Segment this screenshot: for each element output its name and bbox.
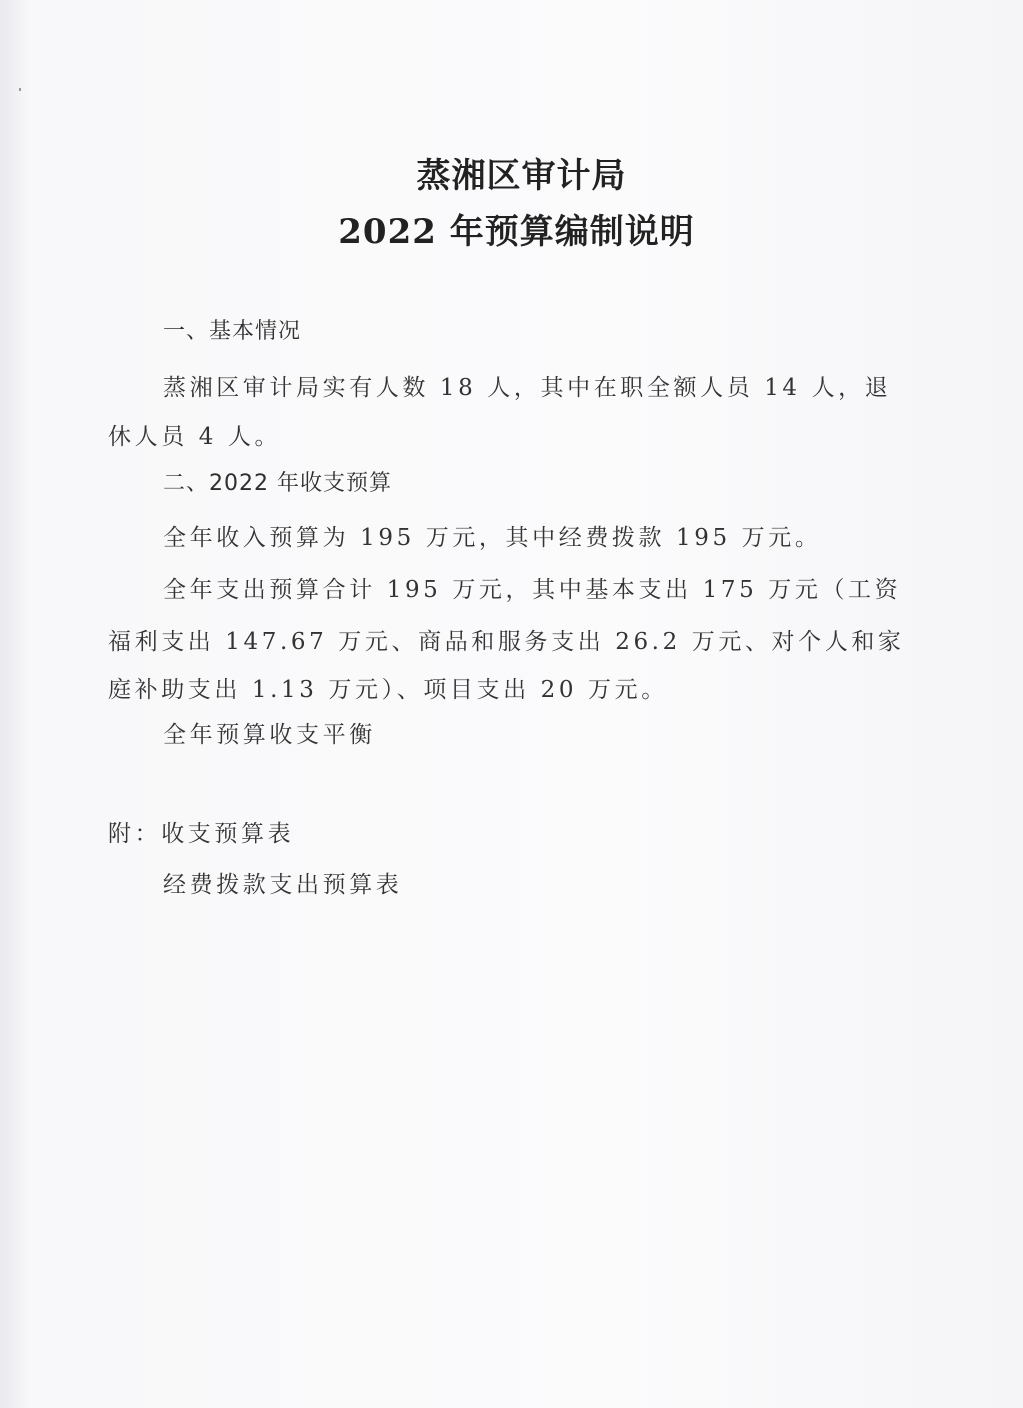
document-title: 蒸湘区审计局 bbox=[0, 148, 1023, 197]
paragraph-line: 全年收入预算为 195 万元，其中经费拨款 195 万元。 bbox=[163, 519, 821, 552]
paragraph-line: 福利支出 147.67 万元、商品和服务支出 26.2 万元、对个人和家 bbox=[108, 623, 905, 656]
paragraph-line: 全年预算收支平衡 bbox=[163, 716, 376, 749]
paragraph-line: 庭补助支出 1.13 万元）、项目支出 20 万元。 bbox=[108, 671, 668, 704]
document-subtitle: 2022 年预算编制说明 bbox=[0, 204, 1023, 253]
document-page: 蒸湘区审计局 2022 年预算编制说明 一、基本情况 蒸湘区审计局实有人数 18… bbox=[0, 0, 1023, 1408]
attachment-item: 经费拨款支出预算表 bbox=[163, 866, 402, 899]
section-heading-basic-info: 一、基本情况 bbox=[163, 314, 301, 345]
paragraph-line: 全年支出预算合计 195 万元，其中基本支出 175 万元（工资 bbox=[163, 571, 901, 604]
section-heading-budget: 二、2022 年收支预算 bbox=[163, 466, 392, 497]
attachment-label: 附：收支预算表 bbox=[108, 815, 294, 848]
scan-speck bbox=[19, 88, 21, 91]
paragraph-line: 蒸湘区审计局实有人数 18 人，其中在职全额人员 14 人，退 bbox=[163, 369, 891, 402]
paragraph-line: 休人员 4 人。 bbox=[108, 418, 281, 451]
